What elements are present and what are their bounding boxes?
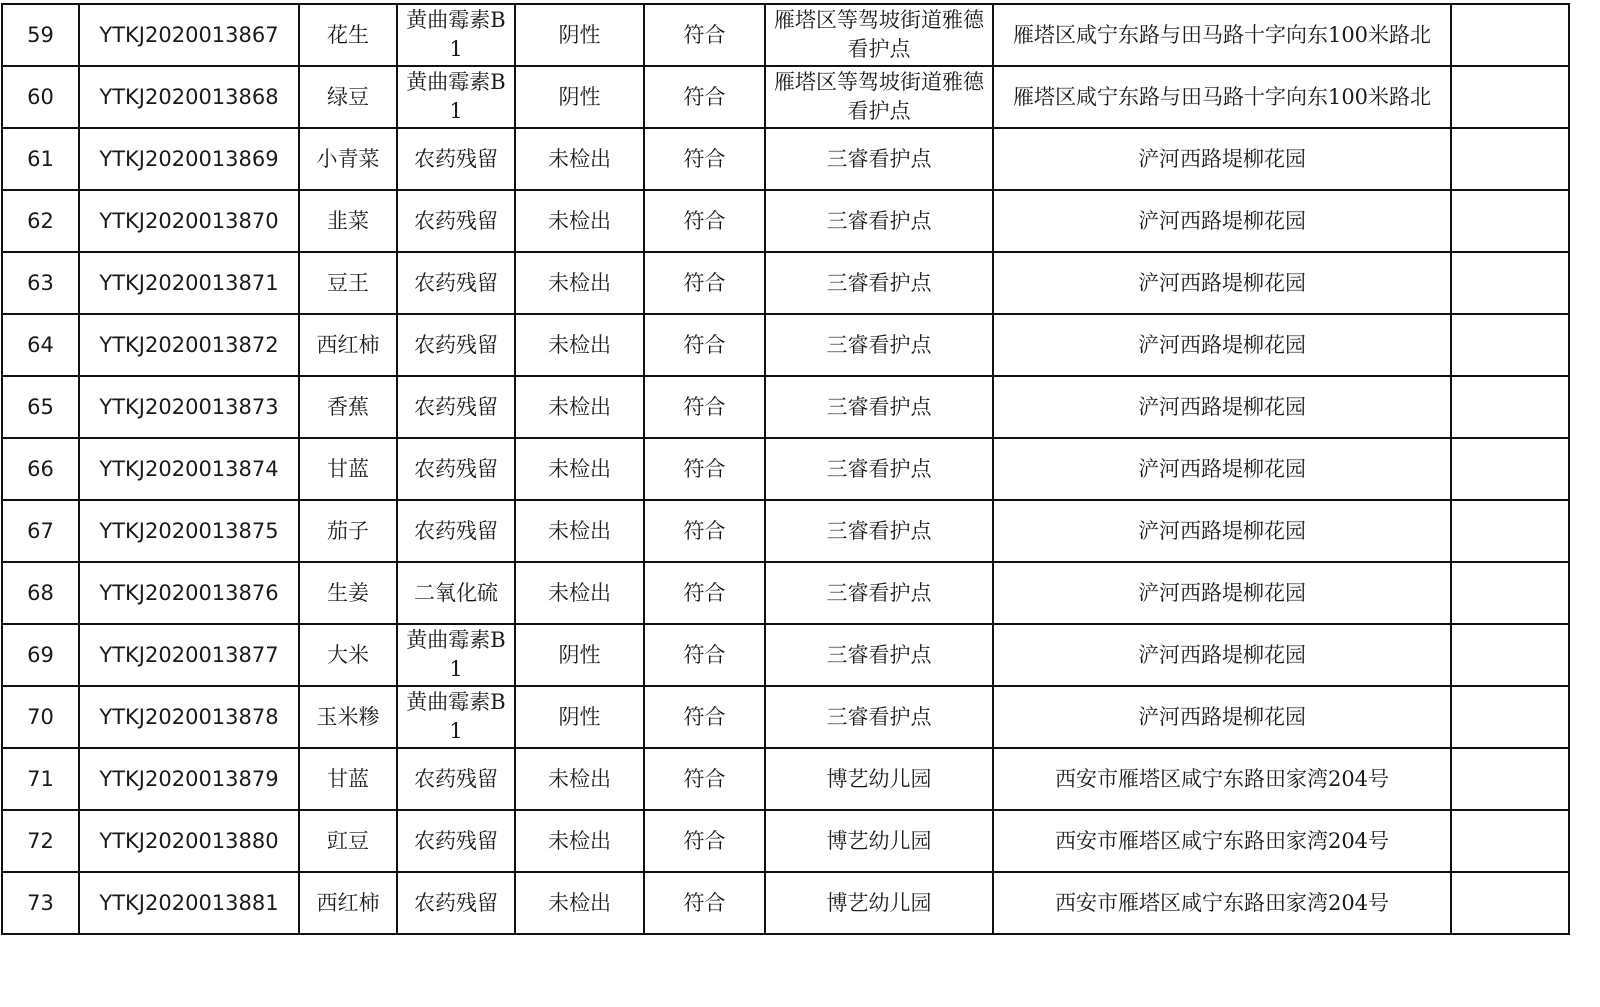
table-row: 72 YTKJ2020013880 豇豆 农药残留 未检出 符合 博艺幼儿园 西… (2, 810, 1569, 872)
table-row: 65 YTKJ2020013873 香蕉 农药残留 未检出 符合 三睿看护点 浐… (2, 376, 1569, 438)
cell-test-item: 黄曲霉素B1 (397, 624, 515, 686)
cell-verdict: 符合 (644, 66, 765, 128)
cell-remark (1451, 686, 1569, 748)
cell-row-number: 71 (2, 748, 79, 810)
table-row: 63 YTKJ2020013871 豆王 农药残留 未检出 符合 三睿看护点 浐… (2, 252, 1569, 314)
cell-test-result: 未检出 (515, 748, 644, 810)
table-row: 71 YTKJ2020013879 甘蓝 农药残留 未检出 符合 博艺幼儿园 西… (2, 748, 1569, 810)
table-row: 64 YTKJ2020013872 西红柿 农药残留 未检出 符合 三睿看护点 … (2, 314, 1569, 376)
cell-inspected-unit: 雁塔区等驾坡街道雅德看护点 (765, 66, 993, 128)
table-row: 68 YTKJ2020013876 生姜 二氧化硫 未检出 符合 三睿看护点 浐… (2, 562, 1569, 624)
cell-inspected-unit: 三睿看护点 (765, 686, 993, 748)
cell-test-result: 阴性 (515, 4, 644, 66)
cell-sample-code: YTKJ2020013874 (79, 438, 299, 500)
table-row: 61 YTKJ2020013869 小青菜 农药残留 未检出 符合 三睿看护点 … (2, 128, 1569, 190)
cell-remark (1451, 562, 1569, 624)
cell-remark (1451, 128, 1569, 190)
cell-test-item: 农药残留 (397, 314, 515, 376)
cell-inspected-unit: 三睿看护点 (765, 438, 993, 500)
cell-remark (1451, 500, 1569, 562)
cell-address: 浐河西路堤柳花园 (993, 686, 1451, 748)
cell-sample-code: YTKJ2020013880 (79, 810, 299, 872)
cell-remark (1451, 624, 1569, 686)
cell-row-number: 61 (2, 128, 79, 190)
cell-inspected-unit: 三睿看护点 (765, 500, 993, 562)
cell-address: 浐河西路堤柳花园 (993, 500, 1451, 562)
cell-address: 浐河西路堤柳花园 (993, 190, 1451, 252)
cell-sample-name: 茄子 (299, 500, 397, 562)
cell-sample-name: 小青菜 (299, 128, 397, 190)
cell-row-number: 70 (2, 686, 79, 748)
cell-verdict: 符合 (644, 872, 765, 934)
cell-sample-code: YTKJ2020013877 (79, 624, 299, 686)
cell-verdict: 符合 (644, 190, 765, 252)
cell-address: 浐河西路堤柳花园 (993, 128, 1451, 190)
cell-address: 西安市雁塔区咸宁东路田家湾204号 (993, 872, 1451, 934)
table-row: 66 YTKJ2020013874 甘蓝 农药残留 未检出 符合 三睿看护点 浐… (2, 438, 1569, 500)
table-row: 60 YTKJ2020013868 绿豆 黄曲霉素B1 阴性 符合 雁塔区等驾坡… (2, 66, 1569, 128)
cell-verdict: 符合 (644, 562, 765, 624)
cell-test-item: 农药残留 (397, 376, 515, 438)
inspection-results-sheet: 59 YTKJ2020013867 花生 黄曲霉素B1 阴性 符合 雁塔区等驾坡… (1, 3, 1570, 935)
cell-verdict: 符合 (644, 4, 765, 66)
cell-remark (1451, 4, 1569, 66)
cell-row-number: 65 (2, 376, 79, 438)
cell-remark (1451, 252, 1569, 314)
cell-inspected-unit: 三睿看护点 (765, 624, 993, 686)
cell-verdict: 符合 (644, 128, 765, 190)
cell-test-result: 阴性 (515, 66, 644, 128)
inspection-results-table: 59 YTKJ2020013867 花生 黄曲霉素B1 阴性 符合 雁塔区等驾坡… (1, 3, 1570, 935)
table-row: 59 YTKJ2020013867 花生 黄曲霉素B1 阴性 符合 雁塔区等驾坡… (2, 4, 1569, 66)
cell-sample-code: YTKJ2020013870 (79, 190, 299, 252)
cell-remark (1451, 748, 1569, 810)
cell-row-number: 73 (2, 872, 79, 934)
table-row: 70 YTKJ2020013878 玉米糁 黄曲霉素B1 阴性 符合 三睿看护点… (2, 686, 1569, 748)
cell-sample-name: 韭菜 (299, 190, 397, 252)
cell-test-result: 未检出 (515, 872, 644, 934)
cell-test-result: 未检出 (515, 314, 644, 376)
cell-test-item: 黄曲霉素B1 (397, 4, 515, 66)
cell-row-number: 66 (2, 438, 79, 500)
cell-address: 浐河西路堤柳花园 (993, 438, 1451, 500)
cell-inspected-unit: 博艺幼儿园 (765, 810, 993, 872)
cell-test-item: 农药残留 (397, 500, 515, 562)
cell-test-item: 农药残留 (397, 438, 515, 500)
cell-address: 浐河西路堤柳花园 (993, 562, 1451, 624)
cell-verdict: 符合 (644, 438, 765, 500)
cell-test-item: 农药残留 (397, 128, 515, 190)
cell-remark (1451, 66, 1569, 128)
cell-sample-name: 甘蓝 (299, 438, 397, 500)
cell-sample-code: YTKJ2020013868 (79, 66, 299, 128)
table-body: 59 YTKJ2020013867 花生 黄曲霉素B1 阴性 符合 雁塔区等驾坡… (2, 4, 1569, 934)
cell-remark (1451, 314, 1569, 376)
cell-verdict: 符合 (644, 686, 765, 748)
cell-test-item: 农药残留 (397, 872, 515, 934)
cell-test-item: 黄曲霉素B1 (397, 686, 515, 748)
cell-row-number: 69 (2, 624, 79, 686)
cell-sample-name: 玉米糁 (299, 686, 397, 748)
table-row: 69 YTKJ2020013877 大米 黄曲霉素B1 阴性 符合 三睿看护点 … (2, 624, 1569, 686)
cell-sample-code: YTKJ2020013879 (79, 748, 299, 810)
cell-test-result: 阴性 (515, 624, 644, 686)
cell-row-number: 63 (2, 252, 79, 314)
cell-test-result: 未检出 (515, 190, 644, 252)
cell-inspected-unit: 三睿看护点 (765, 190, 993, 252)
cell-remark (1451, 190, 1569, 252)
cell-verdict: 符合 (644, 252, 765, 314)
cell-test-item: 农药残留 (397, 810, 515, 872)
cell-inspected-unit: 三睿看护点 (765, 376, 993, 438)
cell-address: 西安市雁塔区咸宁东路田家湾204号 (993, 748, 1451, 810)
cell-remark (1451, 872, 1569, 934)
cell-address: 浐河西路堤柳花园 (993, 252, 1451, 314)
cell-sample-code: YTKJ2020013881 (79, 872, 299, 934)
cell-verdict: 符合 (644, 810, 765, 872)
cell-address: 西安市雁塔区咸宁东路田家湾204号 (993, 810, 1451, 872)
cell-sample-code: YTKJ2020013878 (79, 686, 299, 748)
cell-sample-code: YTKJ2020013872 (79, 314, 299, 376)
cell-inspected-unit: 三睿看护点 (765, 252, 993, 314)
cell-row-number: 72 (2, 810, 79, 872)
cell-inspected-unit: 博艺幼儿园 (765, 872, 993, 934)
cell-row-number: 64 (2, 314, 79, 376)
cell-test-result: 未检出 (515, 562, 644, 624)
cell-sample-code: YTKJ2020013871 (79, 252, 299, 314)
cell-sample-code: YTKJ2020013873 (79, 376, 299, 438)
cell-remark (1451, 376, 1569, 438)
cell-sample-name: 豆王 (299, 252, 397, 314)
cell-sample-code: YTKJ2020013869 (79, 128, 299, 190)
cell-row-number: 67 (2, 500, 79, 562)
cell-inspected-unit: 三睿看护点 (765, 562, 993, 624)
cell-address: 浐河西路堤柳花园 (993, 376, 1451, 438)
cell-inspected-unit: 雁塔区等驾坡街道雅德看护点 (765, 4, 993, 66)
cell-sample-code: YTKJ2020013875 (79, 500, 299, 562)
cell-sample-name: 西红柿 (299, 314, 397, 376)
cell-verdict: 符合 (644, 624, 765, 686)
cell-verdict: 符合 (644, 500, 765, 562)
cell-sample-name: 花生 (299, 4, 397, 66)
cell-address: 雁塔区咸宁东路与田马路十字向东100米路北 (993, 66, 1451, 128)
table-row: 67 YTKJ2020013875 茄子 农药残留 未检出 符合 三睿看护点 浐… (2, 500, 1569, 562)
cell-test-result: 未检出 (515, 376, 644, 438)
cell-sample-name: 豇豆 (299, 810, 397, 872)
cell-test-item: 二氧化硫 (397, 562, 515, 624)
cell-inspected-unit: 三睿看护点 (765, 128, 993, 190)
cell-sample-name: 绿豆 (299, 66, 397, 128)
cell-address: 浐河西路堤柳花园 (993, 624, 1451, 686)
cell-row-number: 60 (2, 66, 79, 128)
cell-test-item: 农药残留 (397, 748, 515, 810)
cell-address: 雁塔区咸宁东路与田马路十字向东100米路北 (993, 4, 1451, 66)
cell-row-number: 62 (2, 190, 79, 252)
cell-remark (1451, 810, 1569, 872)
cell-sample-name: 生姜 (299, 562, 397, 624)
cell-test-item: 黄曲霉素B1 (397, 66, 515, 128)
cell-inspected-unit: 博艺幼儿园 (765, 748, 993, 810)
cell-test-result: 未检出 (515, 128, 644, 190)
cell-sample-name: 甘蓝 (299, 748, 397, 810)
cell-verdict: 符合 (644, 748, 765, 810)
cell-test-result: 未检出 (515, 438, 644, 500)
cell-inspected-unit: 三睿看护点 (765, 314, 993, 376)
cell-sample-name: 西红柿 (299, 872, 397, 934)
cell-verdict: 符合 (644, 314, 765, 376)
cell-test-result: 阴性 (515, 686, 644, 748)
cell-address: 浐河西路堤柳花园 (993, 314, 1451, 376)
cell-sample-name: 香蕉 (299, 376, 397, 438)
table-row: 73 YTKJ2020013881 西红柿 农药残留 未检出 符合 博艺幼儿园 … (2, 872, 1569, 934)
cell-sample-name: 大米 (299, 624, 397, 686)
cell-remark (1451, 438, 1569, 500)
cell-test-result: 未检出 (515, 500, 644, 562)
cell-row-number: 59 (2, 4, 79, 66)
cell-test-item: 农药残留 (397, 252, 515, 314)
cell-test-result: 未检出 (515, 810, 644, 872)
cell-row-number: 68 (2, 562, 79, 624)
cell-sample-code: YTKJ2020013867 (79, 4, 299, 66)
cell-test-item: 农药残留 (397, 190, 515, 252)
cell-sample-code: YTKJ2020013876 (79, 562, 299, 624)
cell-verdict: 符合 (644, 376, 765, 438)
table-row: 62 YTKJ2020013870 韭菜 农药残留 未检出 符合 三睿看护点 浐… (2, 190, 1569, 252)
cell-test-result: 未检出 (515, 252, 644, 314)
